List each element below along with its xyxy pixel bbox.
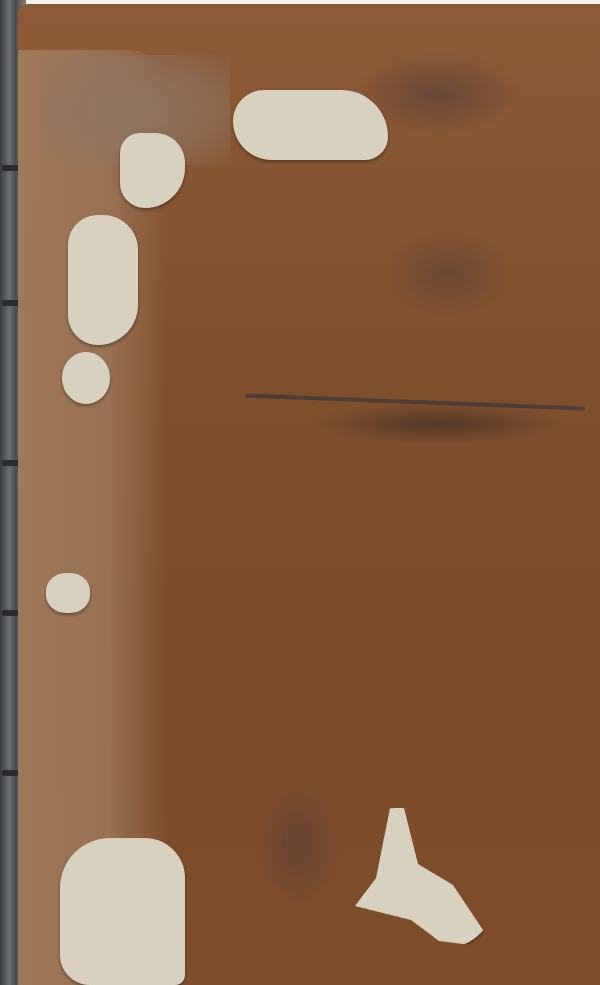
paper-patch [60, 838, 185, 985]
paper-patch [62, 352, 110, 404]
paper-patch [233, 90, 388, 160]
paper-patch [46, 573, 90, 613]
paper-patch [68, 215, 138, 345]
